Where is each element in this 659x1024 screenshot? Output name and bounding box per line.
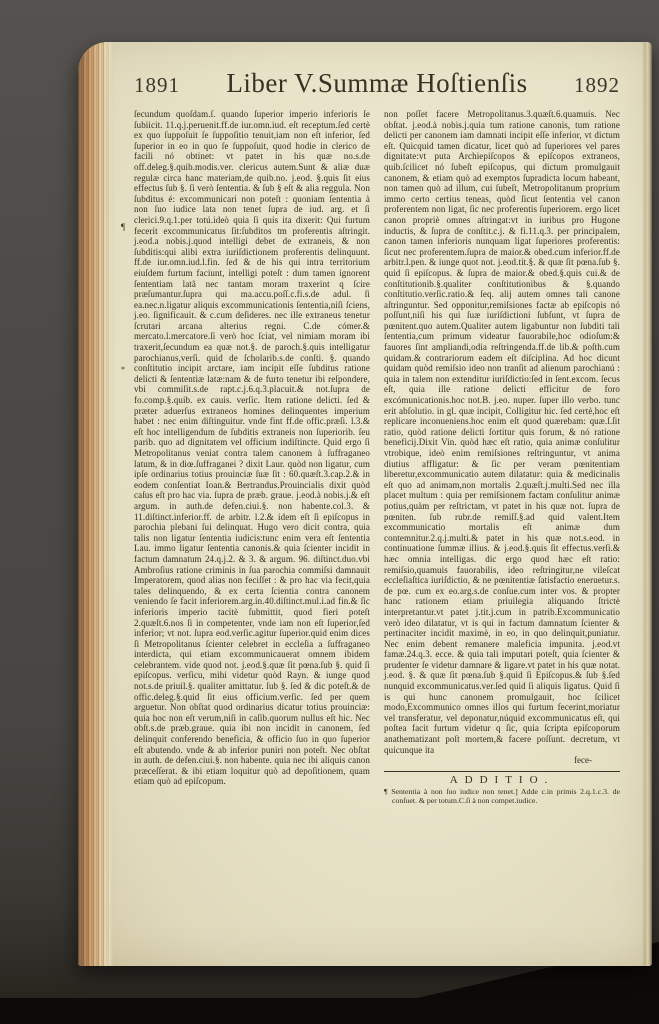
page-gutter-edge [642,42,652,966]
text-columns: ¶ * ſecundum quoſdam.ſ. quando ſuperior … [134,109,620,805]
running-title: Liber V.Summæ Hoſtienſis [226,68,527,99]
page-number-left: 1891 [134,73,180,98]
additio-divider [384,771,620,772]
book-page: 1891 Liber V.Summæ Hoſtienſis 1892 ¶ * ſ… [78,42,652,966]
text-column-left: ¶ * ſecundum quoſdam.ſ. quando ſuperior … [134,109,370,805]
additio-section: ADDITIO. ¶ Sententia à non ſuo iudice no… [384,771,620,805]
catchword: fece- [384,755,620,766]
table-surface-shadow [0,998,659,1024]
text-column-right: non poſſet facere Metropolitanus.3.quæſt… [384,109,620,805]
page-content: 1891 Liber V.Summæ Hoſtienſis 1892 ¶ * ſ… [134,68,620,805]
photo-backdrop: 1891 Liber V.Summæ Hoſtienſis 1892 ¶ * ſ… [0,0,659,1024]
additio-heading: ADDITIO. [384,774,620,786]
margin-asterisk-mark: * [121,365,125,374]
left-column-text: ſecundum quoſdam.ſ. quando ſuperior impe… [134,109,370,787]
page-number-right: 1892 [574,73,620,98]
margin-pilcrow-mark: ¶ [121,222,125,232]
right-column-text: non poſſet facere Metropolitanus.3.quæſt… [384,109,620,755]
additio-note: ¶ Sententia à non ſuo iudice non tenet.]… [384,787,620,805]
page-fore-edge-stack [78,42,114,966]
page-header: 1891 Liber V.Summæ Hoſtienſis 1892 [134,68,620,102]
